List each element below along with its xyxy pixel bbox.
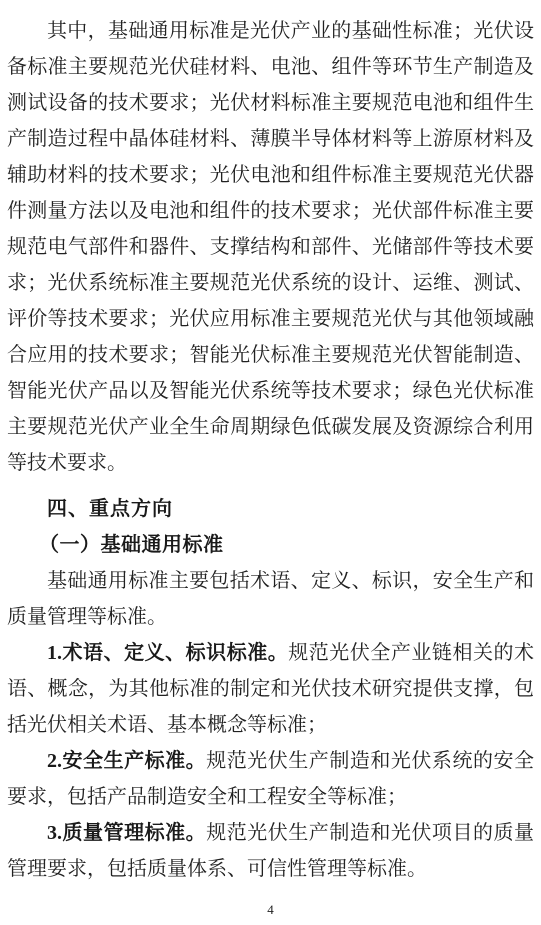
standard-item-terms: 1.术语、定义、标识标准。规范光伏全产业链相关的术语、概念，为其他标准的制定和光… (7, 635, 534, 743)
subsection-intro-paragraph: 基础通用标准主要包括术语、定义、标识，安全生产和质量管理等标准。 (7, 563, 534, 635)
subsection-heading: （一）基础通用标准 (7, 527, 534, 563)
document-page: 其中，基础通用标准是光伏产业的基础性标准；光伏设备标准主要规范光伏硅材料、电池、… (0, 0, 541, 925)
standard-item-quality-label: 3.质量管理标准。 (47, 822, 206, 844)
standard-item-quality: 3.质量管理标准。规范光伏生产制造和光伏项目的质量管理要求，包括质量体系、可信性… (7, 815, 534, 887)
intro-paragraph: 其中，基础通用标准是光伏产业的基础性标准；光伏设备标准主要规范光伏硅材料、电池、… (7, 13, 534, 481)
standard-item-safety-label: 2.安全生产标准。 (47, 750, 206, 772)
section-heading: 四、重点方向 (7, 491, 534, 527)
standard-item-safety: 2.安全生产标准。规范光伏生产制造和光伏系统的安全要求，包括产品制造安全和工程安… (7, 743, 534, 815)
standard-item-terms-label: 1.术语、定义、标识标准。 (47, 642, 288, 664)
page-number: 4 (0, 901, 541, 919)
